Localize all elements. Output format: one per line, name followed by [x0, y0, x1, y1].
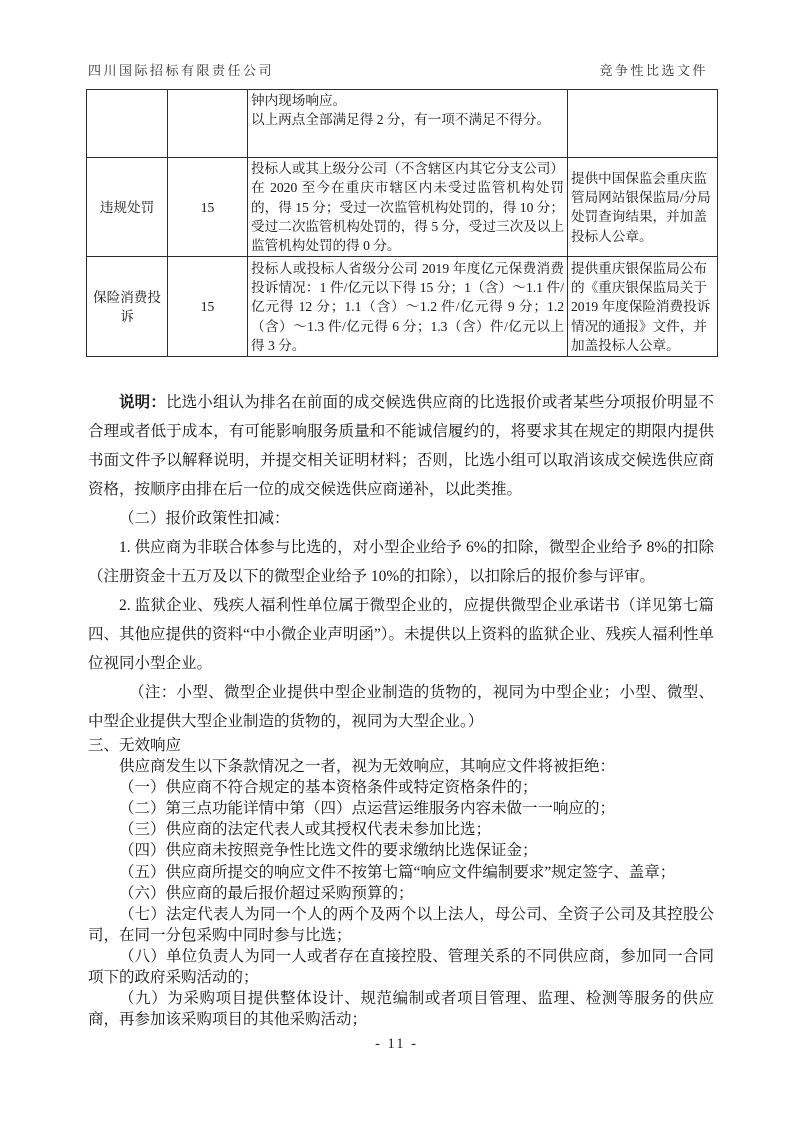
- evaluation-criteria-table: 钟内现场响应。 以上两点全部满足得 2 分，有一项不满足不得分。 违规处罚 15…: [86, 89, 718, 357]
- body-text-lower: 三、无效响应 供应商发生以下条款情况之一者，视为无效响应，其响应文件将被拒绝： …: [88, 735, 714, 1030]
- section2-note: （注：小型、微型企业提供中型企业制造的货物的，视同为中型企业；小型、微型、中型企…: [88, 678, 714, 736]
- section3-item-7: （七）法定代表人为同一个人的两个及两个以上法人，母公司、全资子公司及其控股公司，…: [88, 904, 714, 946]
- section3-intro: 供应商发生以下条款情况之一者，视为无效响应，其响应文件将被拒绝：: [88, 756, 714, 777]
- section2-heading: （二）报价政策性扣减：: [88, 504, 714, 533]
- table-row-continuation: 钟内现场响应。 以上两点全部满足得 2 分，有一项不满足不得分。: [87, 90, 718, 158]
- section3-heading: 三、无效响应: [88, 735, 714, 756]
- section3-item-9: （九）为采购项目提供整体设计、规范编制或者项目管理、监理、检测等服务的供应商，再…: [88, 988, 714, 1030]
- section3-item-1: （一）供应商不符合规定的基本资格条件或特定资格条件的；: [88, 777, 714, 798]
- notes-text: 比选小组认为排名在前面的成交候选供应商的比选报价或者某些分项报价明显不合理或者低…: [88, 394, 714, 498]
- section3-item-3: （三）供应商的法定代表人或其授权代表未参加比选；: [88, 819, 714, 840]
- notes-paragraph: 说明：比选小组认为排名在前面的成交候选供应商的比选报价或者某些分项报价明显不合理…: [88, 388, 714, 504]
- notes-label: 说明：: [119, 394, 166, 411]
- criterion-name-cell: 保险消费投诉: [87, 257, 168, 357]
- page-number: - 11 -: [0, 1036, 793, 1053]
- criterion-score-cell: [168, 90, 248, 158]
- criterion-detail-cell: 投标人或其上级分公司（不含辖区内其它分支公司）在 2020 至今在重庆市辖区内未…: [248, 158, 568, 257]
- table-row-violation-penalty: 违规处罚 15 投标人或其上级分公司（不含辖区内其它分支公司）在 2020 至今…: [87, 158, 718, 257]
- criterion-score-cell: 15: [168, 257, 248, 357]
- criterion-evidence-cell: 提供重庆银保监局公布的《重庆银保监局关于 2019 年度保险消费投诉情况的通报》…: [568, 257, 718, 357]
- header-company-name: 四川国际招标有限责任公司: [88, 60, 274, 79]
- section3-item-5: （五）供应商所提交的响应文件不按第七篇“响应文件编制要求”规定签字、盖章；: [88, 862, 714, 883]
- page-header: 四川国际招标有限责任公司 竞争性比选文件: [88, 60, 708, 79]
- section3-item-2: （二）第三点功能详情中第（四）点运营运维服务内容未做一一响应的；: [88, 798, 714, 819]
- section3-item-6: （六）供应商的最后报价超过采购预算的；: [88, 883, 714, 904]
- document-page: 四川国际招标有限责任公司 竞争性比选文件 钟内现场响应。 以上两点全部满足得 2…: [0, 0, 793, 1122]
- criterion-name-cell: 违规处罚: [87, 158, 168, 257]
- table-row-insurance-complaints: 保险消费投诉 15 投标人或投标人省级分公司 2019 年度亿元保费消费投诉情况…: [87, 257, 718, 357]
- section2-item-2: 2. 监狱企业、残疾人福利性单位属于微型企业的，应提供微型企业承诺书（详见第七篇…: [88, 591, 714, 678]
- section2-item-1: 1. 供应商为非联合体参与比选的，对小型企业给予 6%的扣除，微型企业给予 8%…: [88, 533, 714, 591]
- criterion-name-cell: [87, 90, 168, 158]
- body-text-upper: 说明：比选小组认为排名在前面的成交候选供应商的比选报价或者某些分项报价明显不合理…: [88, 388, 714, 736]
- header-document-type: 竞争性比选文件: [599, 60, 708, 79]
- section3-item-4: （四）供应商未按照竞争性比选文件的要求缴纳比选保证金；: [88, 840, 714, 861]
- criterion-score-cell: 15: [168, 158, 248, 257]
- criterion-detail-cell: 投标人或投标人省级分公司 2019 年度亿元保费消费投诉情况：1 件/亿元以下得…: [248, 257, 568, 357]
- criterion-evidence-cell: [568, 90, 718, 158]
- criterion-detail-cell: 钟内现场响应。 以上两点全部满足得 2 分，有一项不满足不得分。: [248, 90, 568, 158]
- criterion-evidence-cell: 提供中国保监会重庆监管局网站银保监局/分局处罚查询结果，并加盖投标人公章。: [568, 158, 718, 257]
- section3-item-8: （八）单位负责人为同一人或者存在直接控股、管理关系的不同供应商，参加同一合同项下…: [88, 946, 714, 988]
